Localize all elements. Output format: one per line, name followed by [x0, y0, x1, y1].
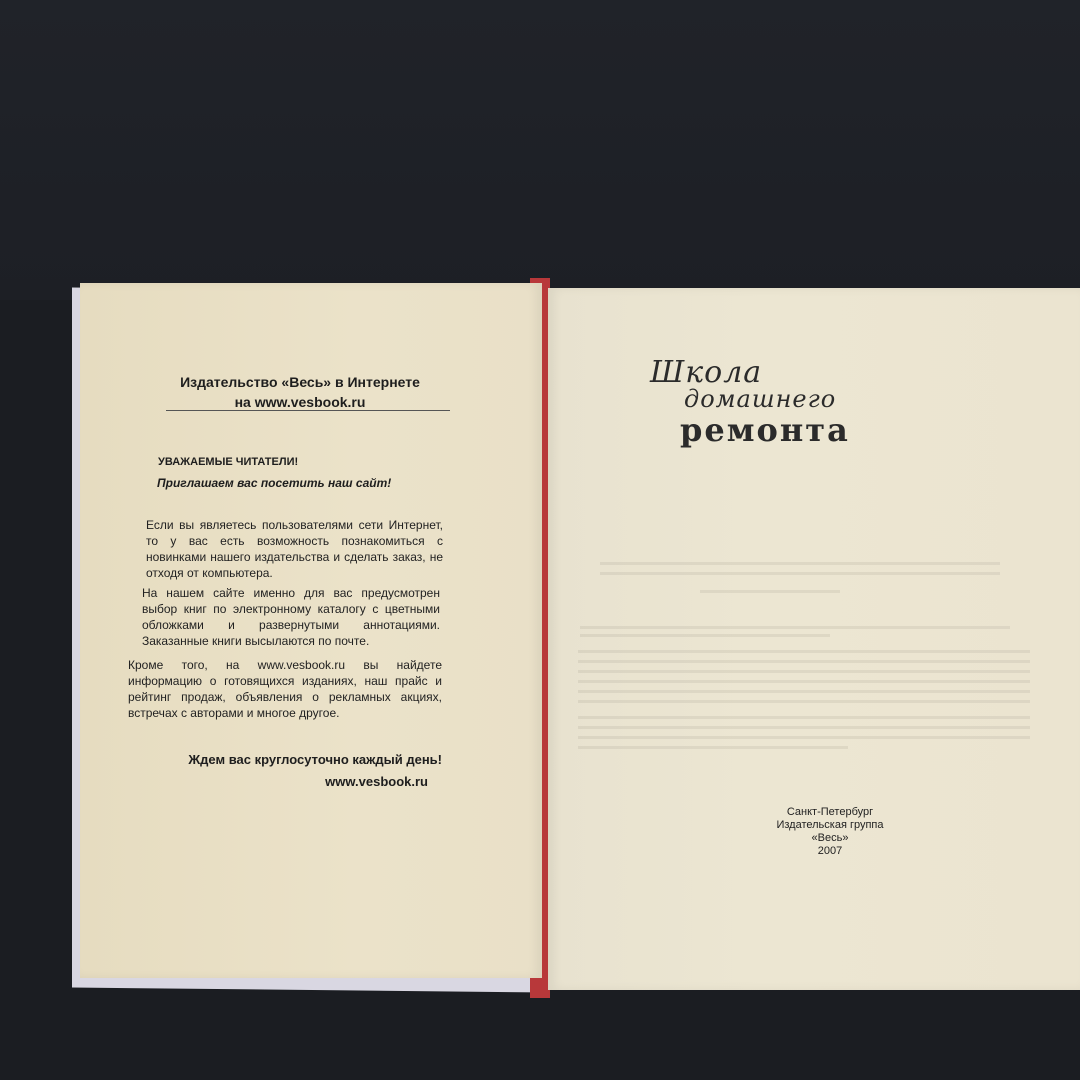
left-page-header: Издательство «Весь» в Интернете на www.v… — [150, 372, 450, 412]
open-book: Издательство «Весь» в Интернете на www.v… — [0, 0, 1080, 1080]
imprint-name: «Весь» — [740, 832, 920, 845]
paragraph-3: Кроме того, на www.vesbook.ru вы найдете… — [128, 657, 442, 721]
imprint-city: Санкт-Петербург — [740, 806, 920, 819]
website-url: www.vesbook.ru — [260, 774, 428, 789]
paragraph-2: На нашем сайте именно для вас предусмотр… — [142, 585, 440, 649]
greeting: УВАЖАЕМЫЕ ЧИТАТЕЛИ! — [158, 456, 298, 468]
closing-line: Ждем вас круглосуточно каждый день! — [160, 752, 442, 767]
imprint-block: Санкт-Петербург Издательская группа «Вес… — [740, 806, 920, 858]
title-line-3: ремонта — [680, 411, 850, 449]
invitation: Приглашаем вас посетить наш сайт! — [157, 476, 391, 490]
title-line-2: домашнего — [684, 385, 836, 413]
imprint-publisher: Издательская группа — [740, 819, 920, 832]
paragraph-1: Если вы являетесь пользователями сети Ин… — [146, 517, 443, 581]
imprint-year: 2007 — [740, 845, 920, 858]
header-line-2: на www.vesbook.ru — [150, 392, 450, 412]
header-line-1: Издательство «Весь» в Интернете — [150, 372, 450, 392]
header-divider — [166, 410, 450, 411]
